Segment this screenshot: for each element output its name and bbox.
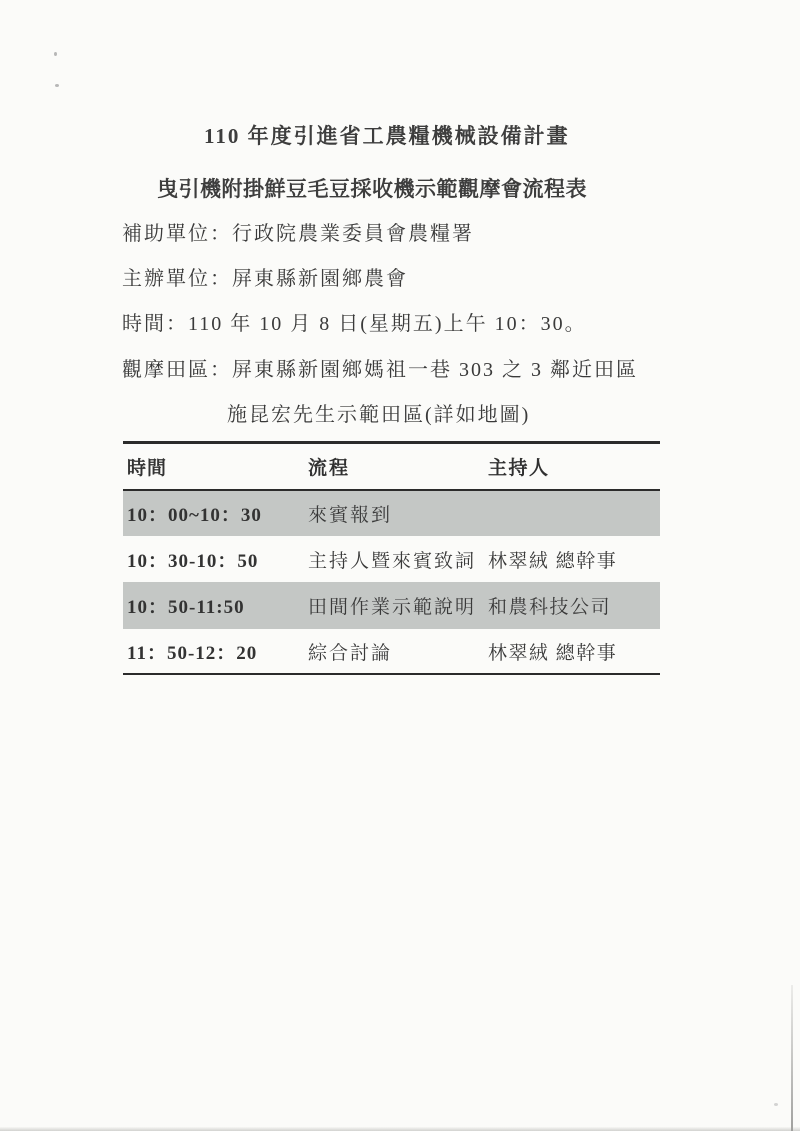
document-title-line1: 110 年度引進省工農糧機械設備計畫 <box>204 121 570 151</box>
row-host: 林翠絨 總幹事 <box>488 546 660 573</box>
schedule-header-row: 時間 流程 主持人 <box>123 444 660 491</box>
header-host: 主持人 <box>488 453 660 480</box>
scanned-document-page: 110 年度引進省工農糧機械設備計畫 曳引機附掛鮮豆毛豆採收機示範觀摩會流程表 … <box>0 0 800 1131</box>
info-line-datetime: 時間：110 年 10 月 8 日(星期五)上午 10：30。 <box>122 309 587 339</box>
row-process: 主持人暨來賓致詞 <box>308 546 488 573</box>
schedule-row-4: 11：50-12：20 綜合討論 林翠絨 總幹事 <box>123 629 660 673</box>
header-process: 流程 <box>308 453 488 480</box>
schedule-row-1: 10：00~10：30 來賓報到 <box>123 491 660 536</box>
header-time: 時間 <box>123 453 308 480</box>
scan-speck <box>55 84 59 87</box>
schedule-row-3: 10：50-11:50 田間作業示範說明 和農科技公司 <box>123 582 660 629</box>
schedule-row-2: 10：30-10：50 主持人暨來賓致詞 林翠絨 總幹事 <box>123 536 660 582</box>
row-process: 來賓報到 <box>308 500 488 527</box>
info-line-organizer: 主辦單位：屏東縣新園鄉農會 <box>122 264 408 294</box>
info-line-sponsor: 補助單位：行政院農業委員會農糧署 <box>122 219 474 249</box>
row-time: 10：30-10：50 <box>123 546 308 573</box>
scan-speck <box>54 52 57 56</box>
document-title-line2: 曳引機附掛鮮豆毛豆採收機示範觀摩會流程表 <box>157 174 587 204</box>
row-host: 林翠絨 總幹事 <box>488 638 660 665</box>
row-process: 綜合討論 <box>308 638 488 665</box>
row-process: 田間作業示範說明 <box>308 592 488 619</box>
info-line-location: 觀摩田區：屏東縣新園鄉媽祖一巷 303 之 3 鄰近田區 <box>122 355 638 385</box>
row-time: 10：50-11:50 <box>123 592 308 619</box>
row-time: 11：50-12：20 <box>123 638 308 665</box>
row-time: 10：00~10：30 <box>123 500 308 527</box>
schedule-table: 時間 流程 主持人 10：00~10：30 來賓報到 10：30-10：50 主… <box>123 441 660 675</box>
row-host: 和農科技公司 <box>488 592 660 619</box>
scan-edge-bottom <box>0 1127 800 1131</box>
scan-speck <box>774 1103 778 1106</box>
scan-edge-right <box>791 985 793 1131</box>
info-line-field-owner: 施昆宏先生示範田區(詳如地圖) <box>227 400 530 430</box>
